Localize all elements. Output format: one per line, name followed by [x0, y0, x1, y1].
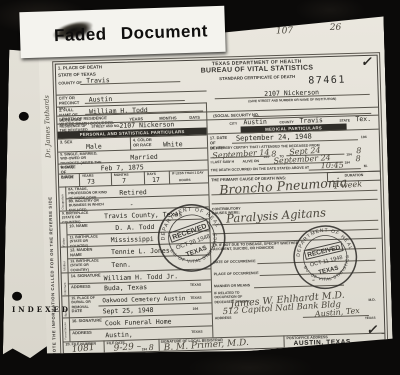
fd-sig-label: 16. SIGNATURE	[72, 317, 102, 323]
res-state-label: STATE	[339, 118, 350, 123]
sex-race-divider	[130, 137, 131, 150]
margin-reverse-note: NOTE THE INFORMATION CALLED FOR ON THE R…	[46, 161, 56, 356]
res-county-label: COUNTY	[279, 120, 293, 125]
bottom-div1	[103, 340, 104, 352]
texas-suffix: TEXAS	[190, 296, 201, 301]
street-no-label: STREET AND NO.	[91, 124, 120, 129]
stamp-arc-top: DEPARTMENT OF HEALTH	[285, 217, 353, 264]
death-certificate-sheet: 227-1-4 227-1-4 107 26 ✓ ✓ Dr. James Tot…	[38, 16, 393, 360]
age-div1	[79, 173, 80, 186]
father-bp-value: Mississippi	[111, 235, 154, 244]
rule	[309, 168, 361, 170]
certificate-form: 1. PLACE OF DEATH STATE OF TEXAS COUNTY …	[55, 55, 386, 355]
year-suffix: 194	[346, 152, 351, 156]
file-date-value: 9-29 –	[113, 342, 141, 354]
year-suffix: 194	[345, 160, 350, 164]
punch-hole-bottom	[12, 292, 22, 301]
informant-addr-value: Buda, Texas	[104, 283, 147, 292]
physician-address-label: ADDRESS	[215, 316, 232, 321]
texas-suffix: TEXAS	[364, 341, 375, 345]
res-state-value: Tex.	[355, 115, 371, 123]
last-saw-year: 8	[355, 154, 360, 163]
age-hours-label: HOURS	[179, 178, 191, 182]
funeral-director-side-label: Funeral Director	[64, 318, 68, 339]
texas-suffix: TEXAS	[190, 283, 201, 288]
duration-value: 1 week	[333, 179, 362, 190]
place-of-death-label: 1. PLACE OF DEATH	[58, 64, 102, 71]
rule	[303, 315, 369, 318]
county-of-label: COUNTY OF	[58, 80, 82, 86]
alive-on-label: ALIVE ON	[242, 159, 259, 164]
age-days-value: 17	[152, 176, 160, 184]
texas-suffix: TEXAS	[365, 316, 376, 320]
svg-text:DEPARTMENT OF HEALTH: DEPARTMENT OF HEALTH	[285, 217, 353, 264]
fd-addr-value: Austin,	[105, 331, 133, 340]
mother-side-label: Mother	[62, 247, 67, 270]
stamp-arc-top: DEPARTMENT OF HEALTH	[147, 193, 221, 249]
form-header: TEXAS DEPARTMENT OF HEALTH BUREAU OF VIT…	[191, 58, 324, 82]
po-address-value: AUSTIN, TEXAS	[294, 339, 351, 348]
res-city-label: CITY	[229, 122, 237, 126]
rule	[212, 199, 378, 205]
occupation-side-label: Occupation	[60, 187, 65, 209]
faded-document-card: Faded Document	[19, 6, 225, 58]
age-months-value: 7	[122, 177, 126, 185]
faded-document-label: Faded Document	[54, 21, 208, 46]
sex-label: 3. SEX	[60, 139, 73, 144]
fd-addr-label: ADDRESS	[72, 330, 92, 336]
svg-text:DEPARTMENT OF HEALTH: DEPARTMENT OF HEALTH	[147, 193, 221, 249]
indexed-stamp: INDEXED	[12, 305, 71, 314]
burial-date-label: DATE	[72, 308, 83, 313]
punch-hole-top	[19, 112, 29, 121]
age-less-label: IF LESS THAN 1 DAY	[172, 171, 204, 176]
father-name-label: 10. NAME	[69, 223, 88, 229]
burial-date-value: Sept 25, 1948	[103, 306, 154, 315]
microfilm-photo: INDEXED 227-1-4 227-1-4 107 26 ✓ ✓ Dr. J…	[0, 0, 400, 375]
informant-side-label: Informant	[63, 273, 68, 294]
industry-value: -	[130, 201, 134, 209]
last-saw-label: I LAST SAW H	[210, 160, 234, 165]
mother-bp-label: 13. BIRTHPLACE (STATE OR COUNTRY)	[70, 258, 104, 272]
age-label: 7. AGE	[61, 174, 75, 179]
place-occurrence-label: PLACE OF OCCURRENCE	[214, 271, 259, 277]
md-label: M.D.	[368, 298, 375, 302]
year-suffix: 194	[193, 307, 199, 311]
registration-number: 87461	[308, 75, 346, 87]
texas-suffix: TEXAS	[191, 330, 202, 335]
informant-sig-label: 14. SIGNATURE	[71, 272, 101, 278]
mother-name-label: 12. MAIDEN NAME	[70, 247, 96, 258]
informant-addr-label: ADDRESS	[71, 284, 91, 290]
manner-label: MANNER OR MEANS	[214, 283, 250, 288]
handwritten-number-107: 107	[276, 26, 293, 36]
handwritten-number-26: 26	[330, 23, 342, 33]
year-suffix: 194	[142, 347, 147, 351]
age-years-value: 73	[87, 178, 95, 186]
father-side-label: Father	[61, 223, 66, 246]
age-div4	[169, 170, 170, 183]
bottom-div3	[283, 335, 284, 347]
file-number-value: 1081	[71, 343, 95, 355]
age-div2	[111, 172, 112, 185]
meridiem-label: M.	[364, 164, 368, 168]
race-label: 4. COLOR OR RACE	[133, 137, 157, 148]
file-date-year: 8	[149, 343, 154, 352]
mother-bp-value: Tenn.	[111, 261, 131, 270]
year-suffix: 194	[361, 135, 367, 139]
margin-doctor-name: Dr. James Tothards	[42, 62, 53, 158]
age-div3	[144, 171, 145, 184]
